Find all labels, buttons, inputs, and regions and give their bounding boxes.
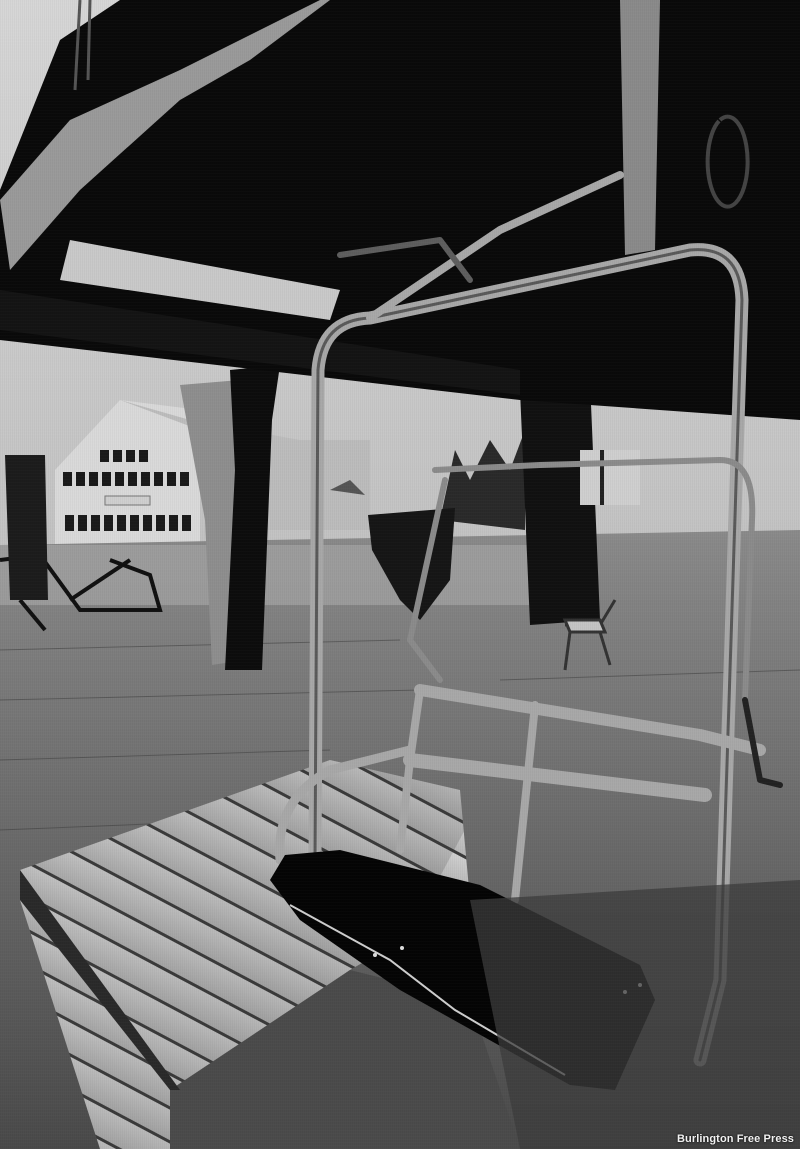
newspaper-photo: Burlington Free Press [0,0,800,1149]
foreground-ground-right [470,880,800,1149]
photo-credit: Burlington Free Press [677,1133,794,1145]
chairlift-scene [0,0,800,1149]
